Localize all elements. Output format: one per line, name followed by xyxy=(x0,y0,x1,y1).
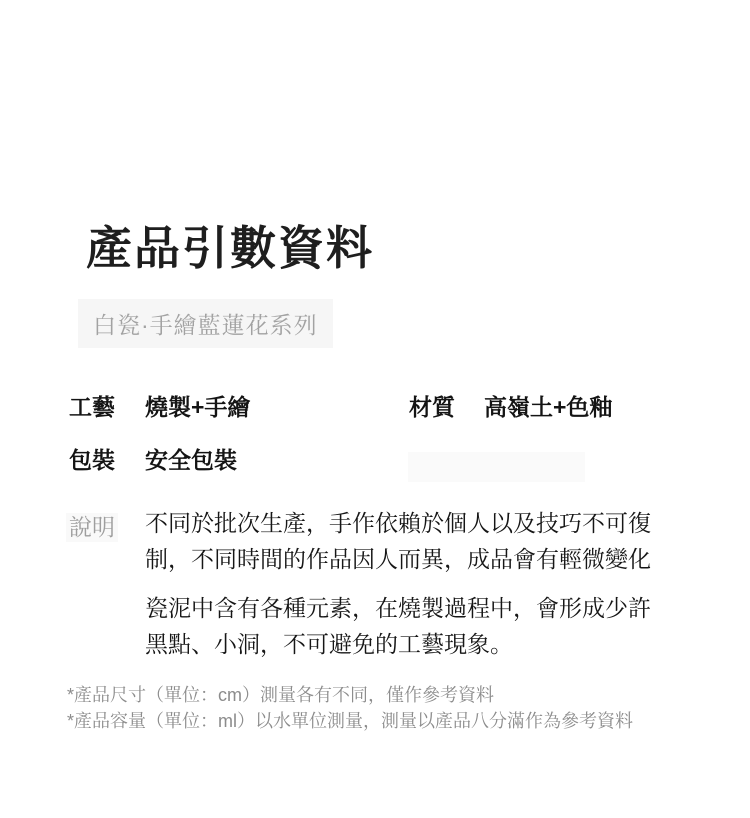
product-info-page: 產品引數資料 白瓷·手繪藍蓮花系列 工藝 燒製+手繪 材質 高嶺土+色釉 包裝 … xyxy=(0,0,750,818)
footnote-capacity: *產品容量（單位：ml）以水單位測量，測量以產品八分滿作為參考資料 xyxy=(67,708,633,734)
empty-value-placeholder xyxy=(408,452,585,482)
spec-value-packaging: 安全包裝 xyxy=(145,448,237,473)
series-subtitle-text: 白瓷·手繪藍蓮花系列 xyxy=(93,312,318,338)
series-subtitle-box: 白瓷·手繪藍蓮花系列 xyxy=(78,299,333,348)
spec-value-material: 高嶺土+色釉 xyxy=(484,395,612,420)
spec-label-material: 材質 xyxy=(409,395,455,420)
footnotes: *產品尺寸（單位：cm）測量各有不同，僅作參考資料 *產品容量（單位：ml）以水… xyxy=(67,682,633,734)
footnote-dimensions: *產品尺寸（單位：cm）測量各有不同，僅作參考資料 xyxy=(67,682,633,708)
spec-value-craft: 燒製+手繪 xyxy=(145,395,250,420)
spec-label-packaging: 包裝 xyxy=(69,448,115,473)
description-label: 說明 xyxy=(66,513,118,542)
spec-label-craft: 工藝 xyxy=(69,395,115,420)
description-paragraph-2: 瓷泥中含有各種元素，在燒製過程中，會形成少許黑點、小洞，不可避免的工藝現象。 xyxy=(145,590,659,662)
page-title: 產品引數資料 xyxy=(86,221,374,276)
description-paragraph-1: 不同於批次生產，手作依賴於個人以及技巧不可復制，不同時間的作品因人而異，成品會有… xyxy=(145,505,659,577)
description-block: 不同於批次生產，手作依賴於個人以及技巧不可復制，不同時間的作品因人而異，成品會有… xyxy=(145,505,659,662)
